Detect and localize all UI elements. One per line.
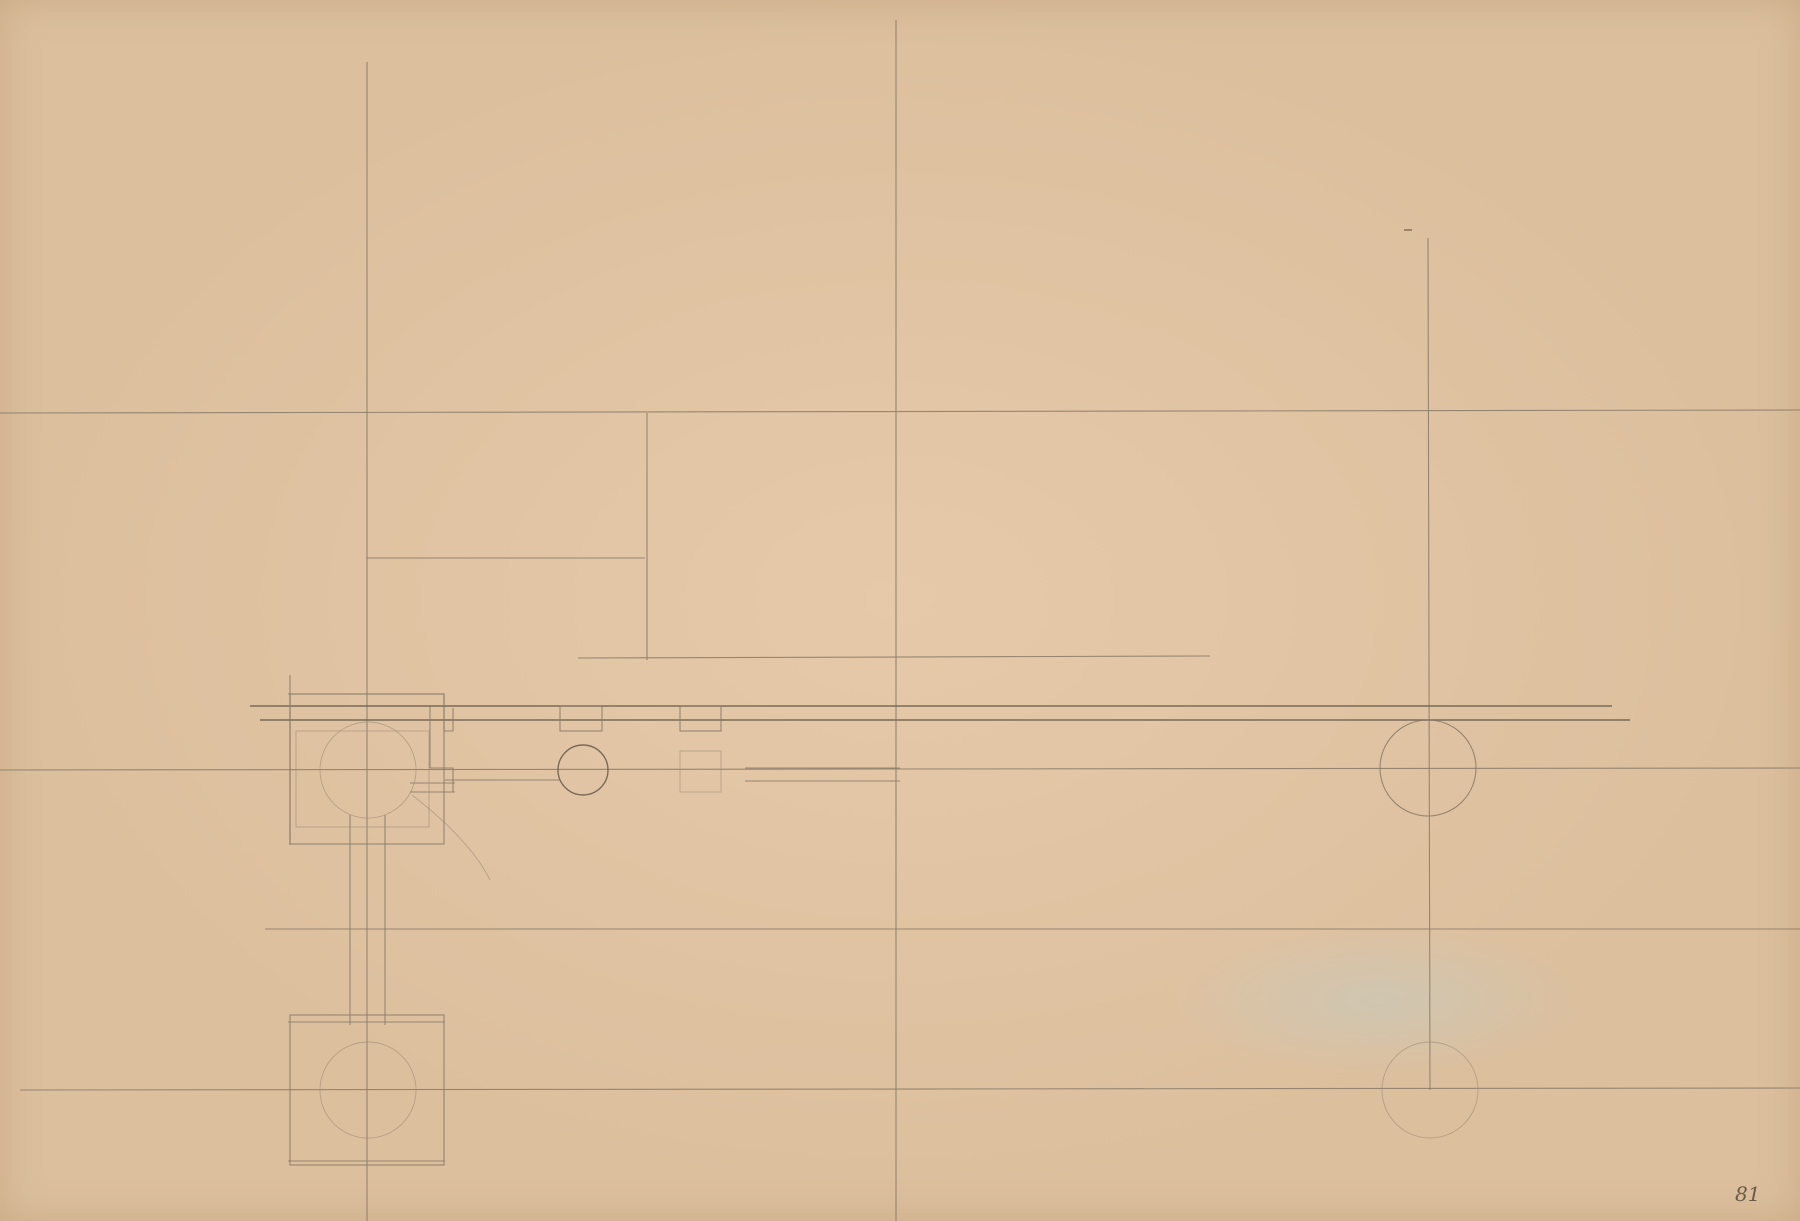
page-number: 81 [1735,1182,1760,1206]
wall-lines [250,706,1630,720]
grid-axes [0,20,1800,1221]
architectural-plan-drawing [0,0,1800,1221]
left-pier-upper [288,675,490,1025]
room-outlines [367,413,1210,660]
drawing-sheet: 81 [0,0,1800,1221]
